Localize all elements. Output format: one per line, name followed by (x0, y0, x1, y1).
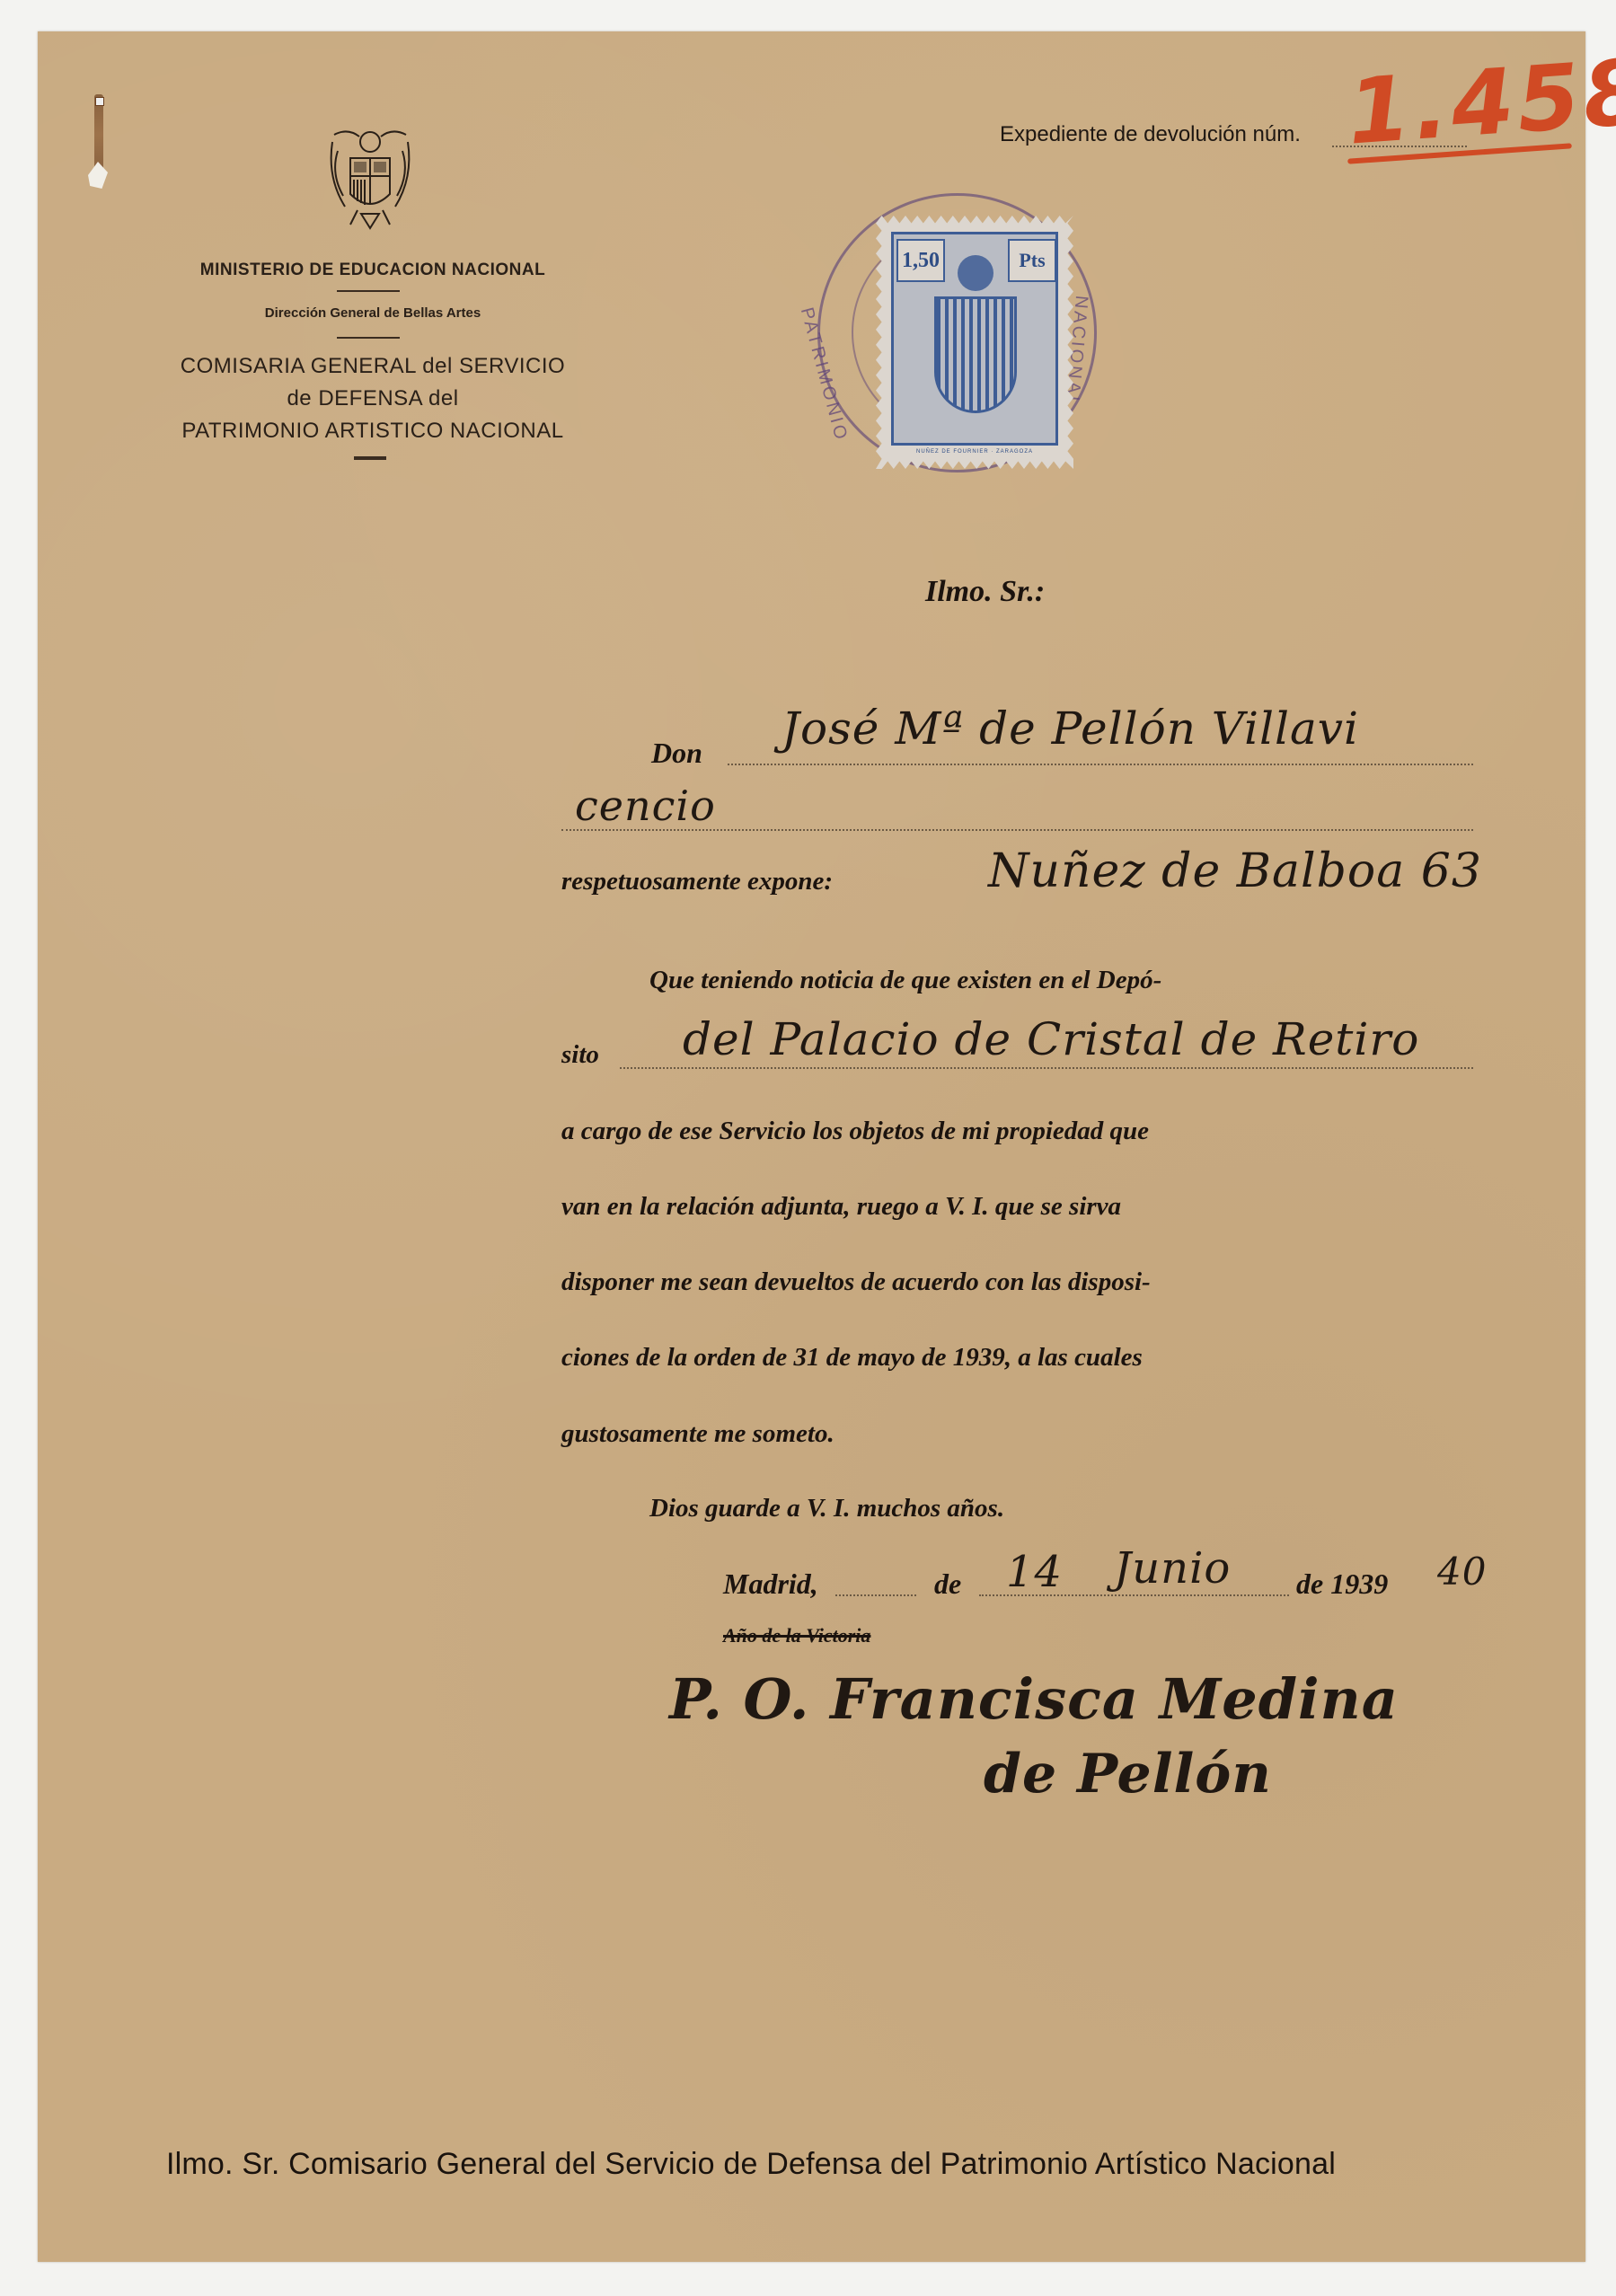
sito-dotted-line (620, 1067, 1473, 1069)
date-de-1: de (934, 1567, 961, 1601)
divider (337, 337, 400, 339)
paragraph-line-4: van en la relación adjunta, ruego a V. I… (561, 1192, 1121, 1222)
paragraph-line-7: gustosamente me someto. (561, 1419, 834, 1449)
sito-label: sito (561, 1040, 599, 1070)
date-city: Madrid, (723, 1567, 818, 1601)
date-month[interactable]: Junio (1114, 1543, 1231, 1594)
divider (337, 290, 400, 292)
paragraph-line-6: ciones de la orden de 31 de mayo de 1939… (561, 1343, 1143, 1373)
don-value-line-2[interactable]: cencio (575, 782, 716, 830)
expone-label: respetuosamente expone: (561, 867, 833, 896)
paragraph-line-5: disponer me sean devueltos de acuerdo co… (561, 1267, 1151, 1297)
struck-year-motto: Año de la Victoria (723, 1624, 870, 1647)
comisaria-heading: COMISARIA GENERAL del SERVICIO de DEFENS… (162, 350, 584, 447)
date-year-correction[interactable]: 40 (1437, 1550, 1487, 1594)
date-day[interactable]: 14 (1006, 1547, 1063, 1597)
signature-line-1: P. O. Francisca Medina (669, 1666, 1399, 1732)
expediente-label: Expediente de devolución núm. (1000, 122, 1301, 147)
closing: Dios guarde a V. I. muchos años. (649, 1494, 1004, 1523)
stamp-shield-icon (934, 296, 1017, 413)
coat-of-arms-eagle-icon (325, 124, 415, 236)
date-year: de 1939 (1296, 1567, 1388, 1601)
stamp-unit: Pts (1008, 239, 1056, 282)
stamp-eagle-icon (958, 255, 993, 291)
date-dotted-line-1 (835, 1594, 916, 1596)
salutation: Ilmo. Sr.: (925, 575, 1045, 609)
comisaria-line-2: de DEFENSA del (162, 383, 584, 415)
expediente-number: 1.458 (1344, 39, 1616, 164)
comisaria-line-1: COMISARIA GENERAL del SERVICIO (162, 350, 584, 383)
signature-line-2: de Pellón (984, 1743, 1272, 1806)
sito-value[interactable]: del Palacio de Cristal de Retiro (683, 1013, 1419, 1065)
addressee-footer: Ilmo. Sr. Comisario General del Servicio… (166, 2147, 1336, 2182)
divider (354, 456, 386, 460)
staple-head (95, 97, 104, 106)
ministry-heading: MINISTERIO DE EDUCACION NACIONAL (162, 261, 584, 280)
paragraph-line-1: Que teniendo noticia de que existen en e… (649, 966, 1161, 995)
stamp-value: 1,50 (896, 239, 945, 282)
don-label: Don (651, 737, 702, 770)
paragraph-line-3: a cargo de ese Servicio los objetos de m… (561, 1117, 1149, 1146)
don-value-line-1[interactable]: José Mª de Pellón Villavi (782, 702, 1359, 755)
direccion-heading: Dirección General de Bellas Artes (162, 305, 584, 321)
comisaria-line-3: PATRIMONIO ARTISTICO NACIONAL (162, 415, 584, 447)
stamp-caption: NUÑEZ DE FOURNIER · ZARAGOZA (898, 449, 1051, 455)
don-dotted-line (728, 764, 1473, 765)
expone-value[interactable]: Nuñez de Balboa 63 (988, 844, 1482, 898)
